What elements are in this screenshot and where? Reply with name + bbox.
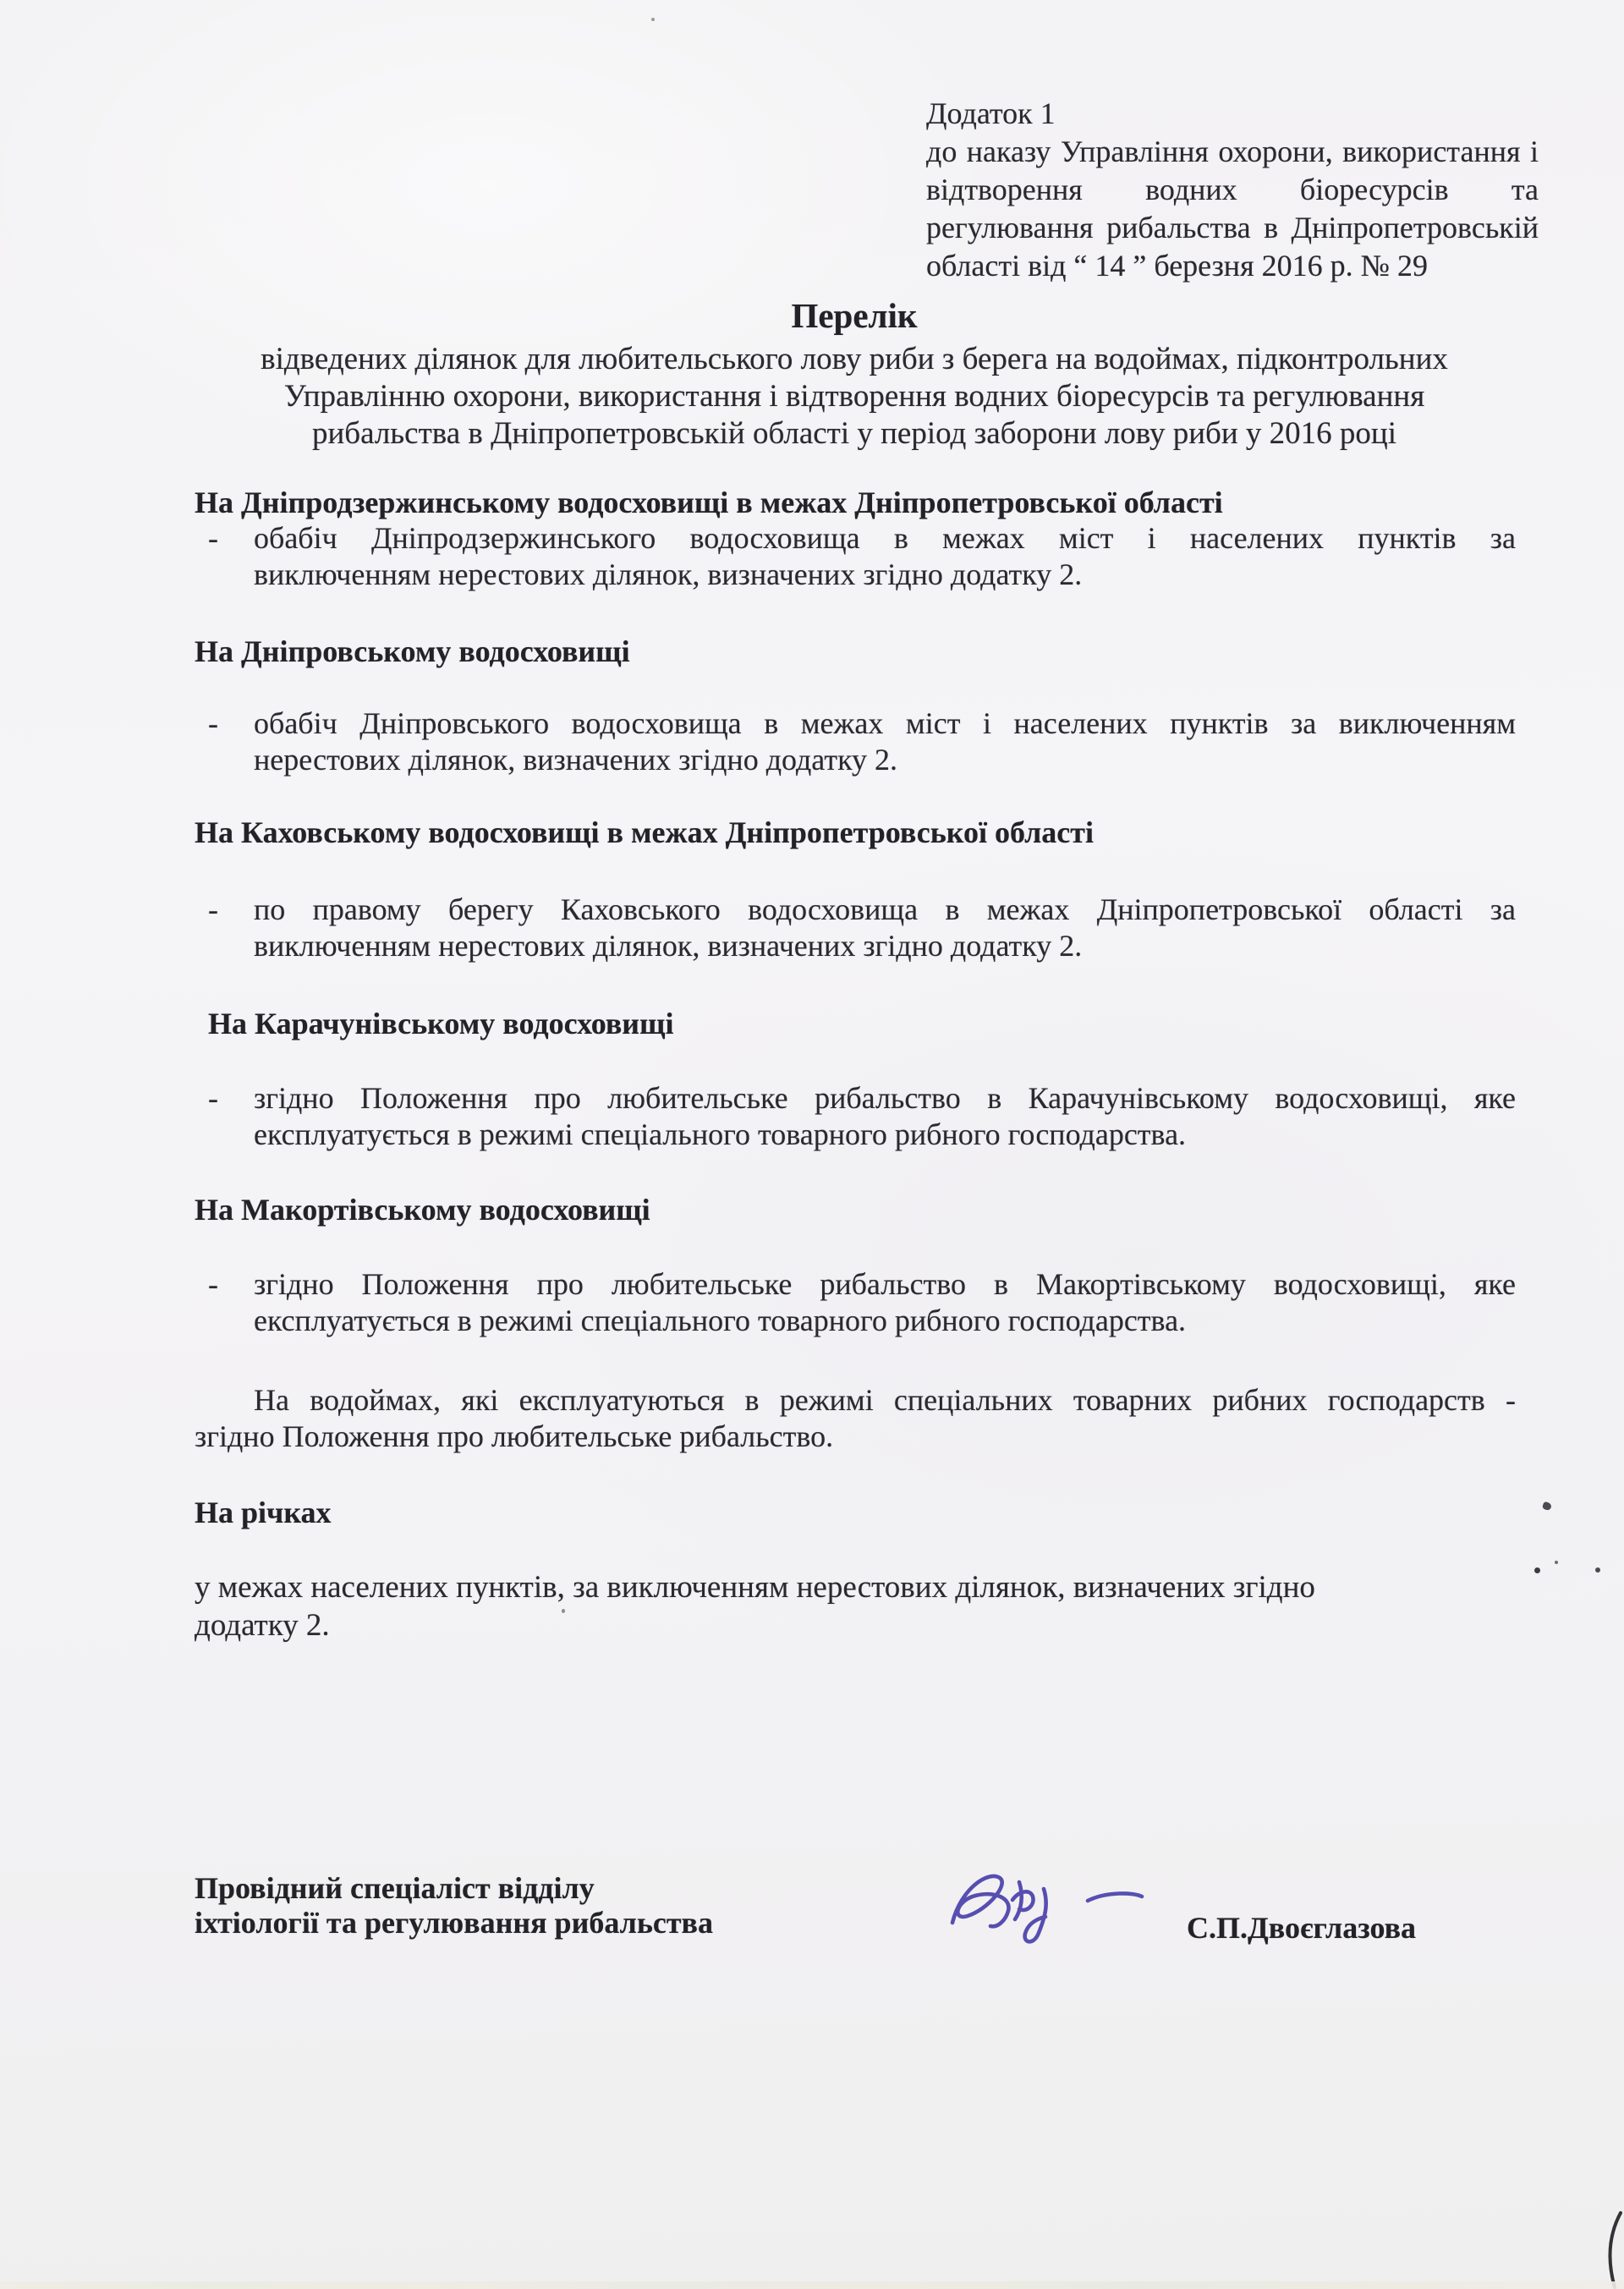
section-bullet: - згідно Положення про любительське риба… — [195, 1266, 1516, 1339]
section-heading-rivers: На річках — [195, 1495, 1514, 1530]
section-bullet: - обабіч Дніпродзержинського водосховища… — [195, 520, 1516, 593]
signature-role-line: Провідний спеціаліст відділу — [195, 1871, 837, 1906]
section-bullet: - обабіч Дніпровського водосховища в меж… — [195, 705, 1516, 778]
bullet-line: по правому берегу Каховського водосховищ… — [254, 892, 1516, 928]
bullet-line: згідно Положення про любительське рибаль… — [254, 1080, 1516, 1117]
bullet-line: виключенням нерестових ділянок, визначен… — [254, 928, 1516, 964]
signature-role: Провідний спеціаліст відділу іхтіології … — [195, 1871, 837, 1940]
appendix-reference: Додаток 1 до наказу Управління охорони, … — [926, 95, 1539, 285]
section-heading-dniprodzerzhynske: На Дніпродзержинському водосховищі в меж… — [195, 485, 1514, 520]
ink-speck — [651, 18, 655, 21]
bullet-marker: - — [195, 705, 254, 778]
bullet-line: виключенням нерестових ділянок, визначен… — [254, 557, 1516, 593]
document-title: Перелік — [195, 295, 1514, 336]
ink-speck — [1595, 1567, 1600, 1573]
signature-name: С.П.Двоєглазова — [1187, 1910, 1416, 1946]
bullet-line: експлуатується в режимі спеціального тов… — [254, 1303, 1516, 1339]
subtitle-line: Управлінню охорони, використання і відтв… — [195, 378, 1514, 415]
handwritten-signature — [937, 1864, 1166, 1978]
ink-speck — [1534, 1567, 1540, 1573]
subtitle-line: рибальства в Дніпропетровській області у… — [195, 415, 1514, 453]
bullet-line: нерестових ділянок, визначених згідно до… — [254, 742, 1516, 778]
bullet-line: згідно Положення про любительське рибаль… — [254, 1266, 1516, 1303]
appendix-line: до наказу Управління охорони, використан… — [926, 133, 1539, 171]
signature-role-line: іхтіології та регулювання рибальства — [195, 1906, 837, 1940]
appendix-line: Додаток 1 — [926, 95, 1539, 133]
bullet-marker: - — [195, 1266, 254, 1339]
paragraph-line: у межах населених пунктів, за виключення… — [195, 1568, 1336, 1606]
bullet-marker: - — [195, 520, 254, 593]
scan-bottom-strip — [0, 2281, 1624, 2289]
rivers-text: у межах населених пунктів, за виключення… — [195, 1568, 1336, 1644]
closing-paragraph: На водоймах, які експлуатуються в режимі… — [195, 1382, 1516, 1455]
scanned-document-page: Додаток 1 до наказу Управління охорони, … — [0, 0, 1624, 2289]
section-heading-makortivske: На Макортівському водосховищі — [195, 1192, 1514, 1227]
bullet-marker: - — [195, 892, 254, 964]
paragraph-line: додатку 2. — [195, 1606, 1336, 1644]
paragraph-line: На водоймах, які експлуатуються в режимі… — [195, 1382, 1516, 1419]
ink-speck — [1542, 1501, 1552, 1512]
bullet-marker: - — [195, 1080, 254, 1153]
ink-speck — [562, 1609, 565, 1613]
ink-speck — [1555, 1561, 1558, 1564]
bullet-line: експлуатується в режимі спеціального тов… — [254, 1117, 1516, 1153]
bullet-line: обабіч Дніпродзержинського водосховища в… — [254, 520, 1516, 557]
appendix-line: регулювання рибальства в Дніпропетровськ… — [926, 209, 1539, 247]
paragraph-line: згідно Положення про любительське рибаль… — [195, 1419, 1516, 1455]
bullet-line: обабіч Дніпровського водосховища в межах… — [254, 705, 1516, 742]
scan-edge-artifact — [1604, 2211, 1624, 2289]
section-bullet: - згідно Положення про любительське риба… — [195, 1080, 1516, 1153]
section-heading-kakhovske: На Каховському водосховищі в межах Дніпр… — [195, 815, 1514, 850]
appendix-line: області від “ 14 ” березня 2016 р. № 29 — [926, 247, 1539, 285]
document-subtitle: відведених ділянок для любительського ло… — [195, 341, 1514, 453]
section-heading-karachunivske: На Карачунівському водосховищі — [208, 1006, 1528, 1041]
section-bullet: - по правому берегу Каховського водосхов… — [195, 892, 1516, 964]
appendix-line: відтворення водних біоресурсів та — [926, 171, 1539, 209]
section-heading-dniprovske: На Дніпровському водосховищі — [195, 634, 1514, 669]
subtitle-line: відведених ділянок для любительського ло… — [195, 341, 1514, 378]
